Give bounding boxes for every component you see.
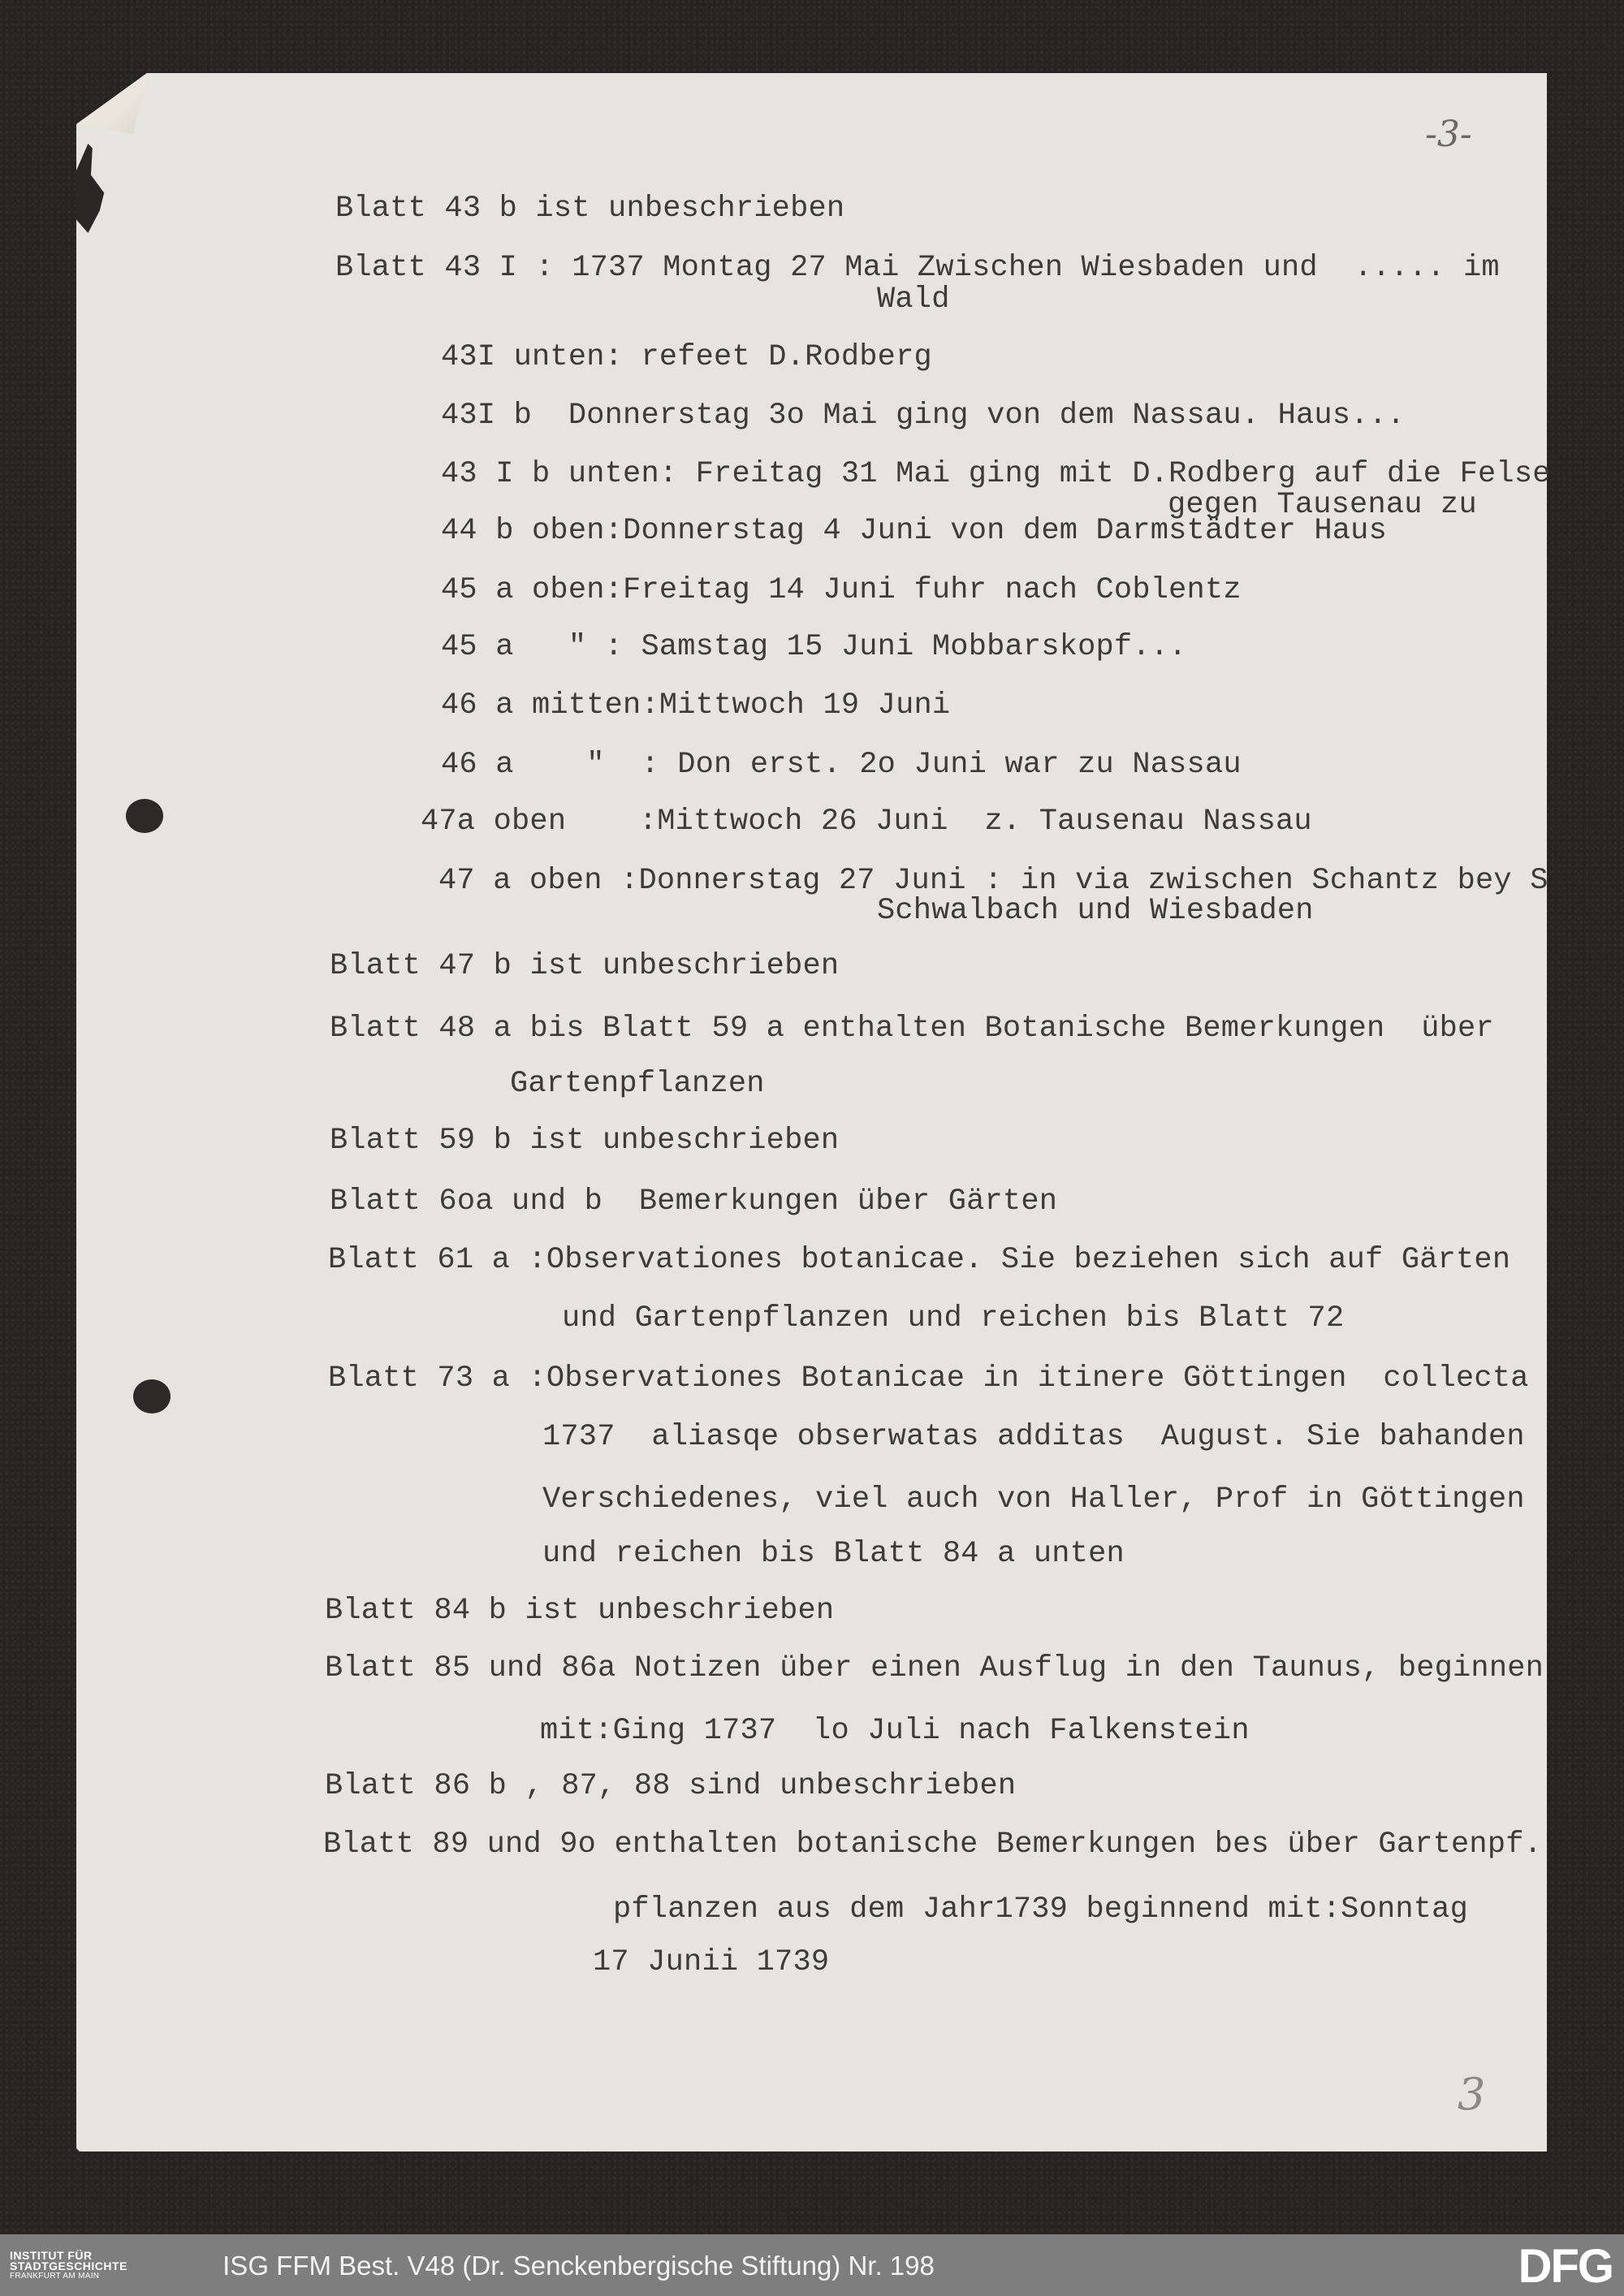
text-line: Wald <box>877 283 950 316</box>
text-line: Blatt 61 a :Observationes botanicae. Sie… <box>328 1244 1510 1276</box>
text-line: pflanzen aus dem Jahr1739 beginnend mit:… <box>613 1893 1468 1926</box>
text-line: 43I b Donnerstag 3o Mai ging von dem Nas… <box>441 399 1405 432</box>
text-line: Blatt 85 und 86a Notizen über einen Ausf… <box>325 1652 1544 1685</box>
text-line: 17 Junii 1739 <box>593 1946 829 1979</box>
text-line: Verschiedenes, viel auch von Haller, Pro… <box>542 1483 1525 1516</box>
text-line: 43 I b unten: Freitag 31 Mai ging mit D.… <box>441 458 1551 490</box>
text-line: Blatt 73 a :Observationes Botanicae in i… <box>328 1362 1529 1395</box>
text-line: 43I unten: refeet D.Rodberg <box>441 341 932 373</box>
text-line: Blatt 43 I : 1737 Montag 27 Mai Zwischen… <box>335 252 1500 284</box>
text-line: 46 a " : Don erst. 2o Juni war zu Nassau <box>441 749 1242 781</box>
text-line: 44 b oben:Donnerstag 4 Juni von dem Darm… <box>441 515 1387 547</box>
text-line: und reichen bis Blatt 84 a unten <box>542 1538 1125 1570</box>
archive-signature-title: ISG FFM Best. V48 (Dr. Senckenbergische … <box>0 2251 1624 2281</box>
text-line: 46 a mitten:Mittwoch 19 Juni <box>441 689 950 722</box>
archive-footer-bar: INSTITUT FÜR STADTGESCHICHTE FRANKFURT A… <box>0 2234 1624 2296</box>
text-line: Blatt 86 b , 87, 88 sind unbeschrieben <box>325 1770 1016 1802</box>
text-line: Blatt 47 b ist unbeschrieben <box>330 950 839 982</box>
text-line: mit:Ging 1737 lo Juli nach Falkenstein <box>540 1715 1250 1747</box>
text-line: und Gartenpflanzen und reichen bis Blatt… <box>562 1302 1344 1335</box>
text-line: 1737 aliasqe obserwatas additas August. … <box>542 1421 1525 1453</box>
text-line: Blatt 43 b ist unbeschrieben <box>335 192 844 225</box>
text-line: 47 a oben :Donnerstag 27 Juni : in via z… <box>438 865 1548 897</box>
text-line: Gartenpflanzen <box>510 1068 765 1100</box>
text-line: 45 a " : Samstag 15 Juni Mobbarskopf... <box>441 631 1187 663</box>
dfg-logo-icon: DFG <box>1518 2242 1613 2291</box>
text-line: Blatt 48 a bis Blatt 59 a enthalten Bota… <box>330 1012 1494 1045</box>
text-line: Blatt 6oa und b Bemerkungen über Gärten <box>330 1185 1057 1218</box>
text-line: Schwalbach und Wiesbaden <box>877 895 1314 927</box>
text-line: 47a oben :Mittwoch 26 Juni z. Tausenau N… <box>421 805 1312 838</box>
page-number-bottom: 3 <box>1458 2069 1485 2120</box>
punch-hole-icon <box>126 799 163 833</box>
punch-hole-icon <box>133 1379 171 1413</box>
text-line: Blatt 59 b ist unbeschrieben <box>330 1124 839 1157</box>
text-line: Blatt 89 und 9o enthalten botanische Bem… <box>323 1828 1542 1861</box>
text-line: 45 a oben:Freitag 14 Juni fuhr nach Cobl… <box>441 574 1242 606</box>
page-number-top: -3- <box>1425 114 1472 155</box>
text-line: Blatt 84 b ist unbeschrieben <box>325 1595 834 1627</box>
